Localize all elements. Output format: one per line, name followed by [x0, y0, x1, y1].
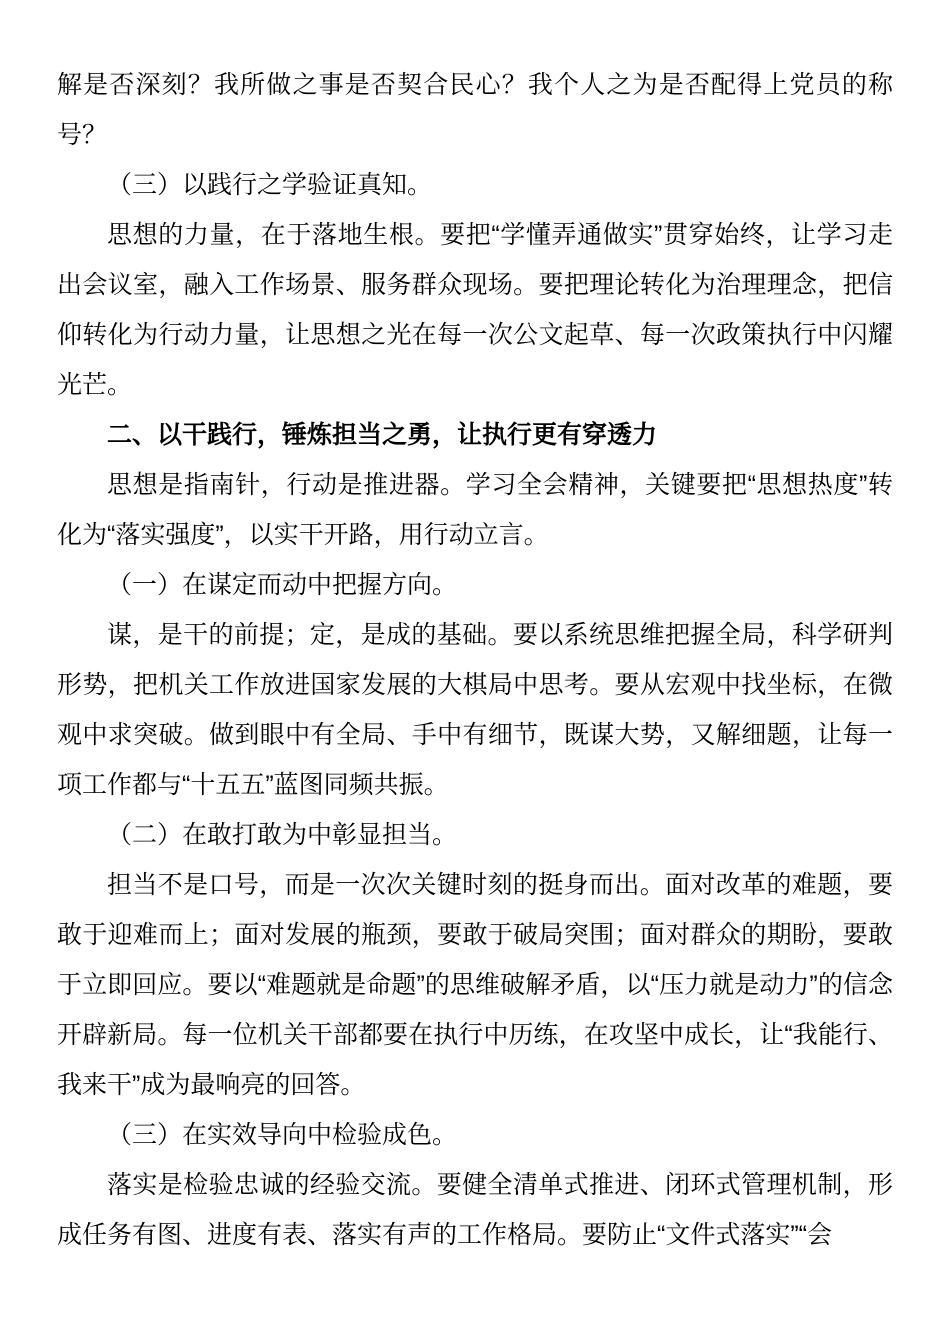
paragraph-body: 谋，是干的前提；定，是成的基础。要以系统思维把握全局，科学研判形势，把机关工作放… — [57, 610, 893, 810]
sub-heading-1-direction: （一）在谋定而动中把握方向。 — [57, 560, 893, 610]
paragraph-body: 担当不是口号，而是一次次关键时刻的挺身而出。面对改革的难题，要敢于迎难而上；面对… — [57, 860, 893, 1110]
sub-heading-2-responsibility: （二）在敢打敢为中彰显担当。 — [57, 810, 893, 860]
sub-heading-3-results: （三）在实效导向中检验成色。 — [57, 1110, 893, 1160]
document-page: 解是否深刻？我所做之事是否契合民心？我个人之为是否配得上党员的称号？ （三）以践… — [0, 0, 950, 1344]
section-heading-2: 二、以干践行，锤炼担当之勇，让执行更有穿透力 — [57, 410, 893, 460]
paragraph-body-continuation: 解是否深刻？我所做之事是否契合民心？我个人之为是否配得上党员的称号？ — [57, 60, 893, 160]
paragraph-body: 思想是指南针，行动是推进器。学习全会精神，关键要把“思想热度”转化为“落实强度”… — [57, 460, 893, 560]
sub-heading-3-learning: （三）以践行之学验证真知。 — [57, 160, 893, 210]
paragraph-body: 思想的力量，在于落地生根。要把“学懂弄通做实”贯穿始终，让学习走出会议室，融入工… — [57, 210, 893, 410]
paragraph-body-cutoff: 落实是检验忠诚的经验交流。要健全清单式推进、闭环式管理机制，形成任务有图、进度有… — [57, 1160, 893, 1260]
